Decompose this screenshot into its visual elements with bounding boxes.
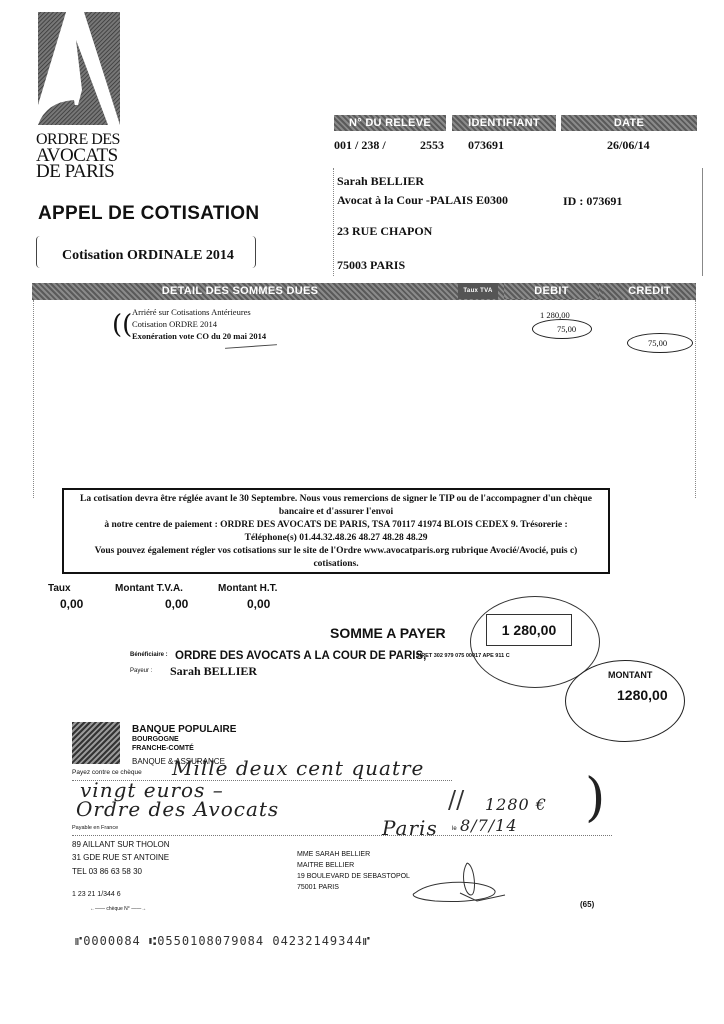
montant-ht-label: Montant H.T. (218, 583, 277, 594)
montant-tva-label: Montant T.V.A. (115, 583, 183, 594)
logo-line-3: DE PARIS (36, 164, 120, 180)
handwritten-bracket-mark: (( (112, 312, 132, 338)
account-number: 1 23 21 1/344 6 (72, 891, 121, 898)
payment-notice: La cotisation devra être réglée avant le… (62, 488, 610, 574)
col-credit: CREDIT (603, 283, 696, 299)
payez-label: Payez contre ce chèque (72, 769, 142, 776)
taux-label: Taux (48, 583, 71, 594)
recipient-name: Sarah BELLIER (337, 174, 424, 189)
montant-ht-value: 0,00 (247, 597, 270, 611)
micr-line: ⑈0000084 ⑆0550108079084 04232149344⑈ (75, 934, 371, 948)
recipient-title: Avocat à la Cour -PALAIS E0300 (337, 193, 508, 208)
branch-line-2: 31 GDE RUE ST ANTOINE (72, 853, 169, 862)
montant-tva-value: 0,00 (165, 597, 188, 611)
handwritten-slash-mark: // (448, 786, 464, 814)
beneficiaire-value: ORDRE DES AVOCATS A LA COUR DE PARIS, (175, 650, 426, 662)
handwritten-circle-mark (627, 333, 693, 353)
branch-line-3: TEL 03 86 63 58 30 (72, 867, 142, 876)
branch-line-1: 89 AILLANT SUR THOLON (72, 840, 170, 849)
releve-number-part1: 001 / 238 / (334, 138, 386, 153)
notice-line: bancaire et d'assurer l'envoi (64, 506, 608, 519)
handwritten-circle-mark (532, 319, 592, 339)
detail-section-title: DETAIL DES SOMMES DUES (140, 283, 340, 299)
bank-region-1: BOURGOGNE (132, 736, 179, 743)
logo-wordmark: ORDRE DES AVOCATS DE PARIS (36, 132, 120, 180)
identifiant-value: 073691 (468, 138, 504, 153)
handwritten-amount-words-1: Mille deux cent quatre (172, 756, 424, 780)
holder-line-4: 75001 PARIS (297, 884, 339, 891)
line-item-label: Arriéré sur Cotisations Antérieures (132, 307, 251, 318)
notice-line: Vous pouvez également régler vos cotisat… (64, 545, 608, 558)
siret-number: SIRET 302 979 075 00017 APE 911 C (416, 653, 510, 659)
date-value: 26/06/14 (607, 138, 650, 153)
notice-line: à notre centre de paiement : ORDRE DES A… (64, 519, 608, 532)
notice-line: La cotisation devra être réglée avant le… (64, 493, 608, 506)
payeur-value: Sarah BELLIER (170, 664, 257, 679)
signature (405, 855, 515, 905)
holder-line-2: MAITRE BELLIER (297, 862, 354, 869)
banque-populaire-logo-icon (72, 722, 120, 764)
arrow-right-icon: ——→ (131, 906, 146, 912)
taux-value: 0,00 (60, 597, 83, 611)
beneficiaire-label: Bénéficiaire : (130, 652, 168, 658)
document-title: APPEL DE COTISATION (38, 203, 259, 225)
notice-line: Téléphone(s) 01.44.32.48.26 48.27 48.28 … (64, 532, 608, 545)
payable-label: Payable en France (72, 825, 118, 831)
document-subtitle: Cotisation ORDINALE 2014 (62, 248, 234, 264)
handwritten-payee: Ordre des Avocats (76, 797, 279, 821)
bank-name: BANQUE POPULAIRE (132, 724, 236, 735)
cheque-number-label: ←—— chèque N° ——→ (90, 906, 146, 912)
montant-value: 1280,00 (617, 687, 668, 703)
handwritten-place: Paris (382, 816, 438, 840)
cheque-no-text: chèque N° (106, 906, 129, 912)
handwritten-bracket-mark: ) (585, 772, 605, 824)
montant-label: MONTANT (608, 670, 652, 680)
line-item-label: Cotisation ORDRE 2014 (132, 319, 217, 330)
releve-number-part2: 2553 (420, 138, 444, 153)
arrow-left-icon: ←—— (90, 906, 105, 912)
handwritten-date: 8/7/14 (460, 816, 518, 835)
holder-line-1: MME SARAH BELLIER (297, 851, 370, 858)
bank-region-2: FRANCHE-COMTÉ (132, 745, 194, 752)
ordre-avocats-logo-icon (38, 10, 122, 130)
recipient-id: ID : 073691 (563, 194, 622, 209)
somme-a-payer-label: SOMME A PAYER (330, 625, 446, 641)
handwritten-amount-number: 1280 € (485, 795, 547, 814)
col-debit: DEBIT (504, 283, 599, 299)
holder-line-3: 19 BOULEVARD DE SEBASTOPOL (297, 873, 410, 880)
place-date-line (72, 835, 612, 836)
header-identifiant: IDENTIFIANT (452, 115, 556, 131)
col-taux-tva: Taux TVA (458, 283, 498, 299)
date-label: le (452, 826, 457, 832)
line-item-label: Exonération vote CO du 20 mai 2014 (132, 331, 266, 342)
notice-line: cotisations. (64, 558, 608, 571)
cheque-code: (65) (580, 900, 594, 909)
recipient-street: 23 RUE CHAPON (337, 224, 432, 239)
recipient-city: 75003 PARIS (337, 258, 405, 273)
payeur-label: Payeur : (130, 668, 152, 674)
header-date: DATE (561, 115, 697, 131)
header-releve: N° DU RELEVE (334, 115, 446, 131)
